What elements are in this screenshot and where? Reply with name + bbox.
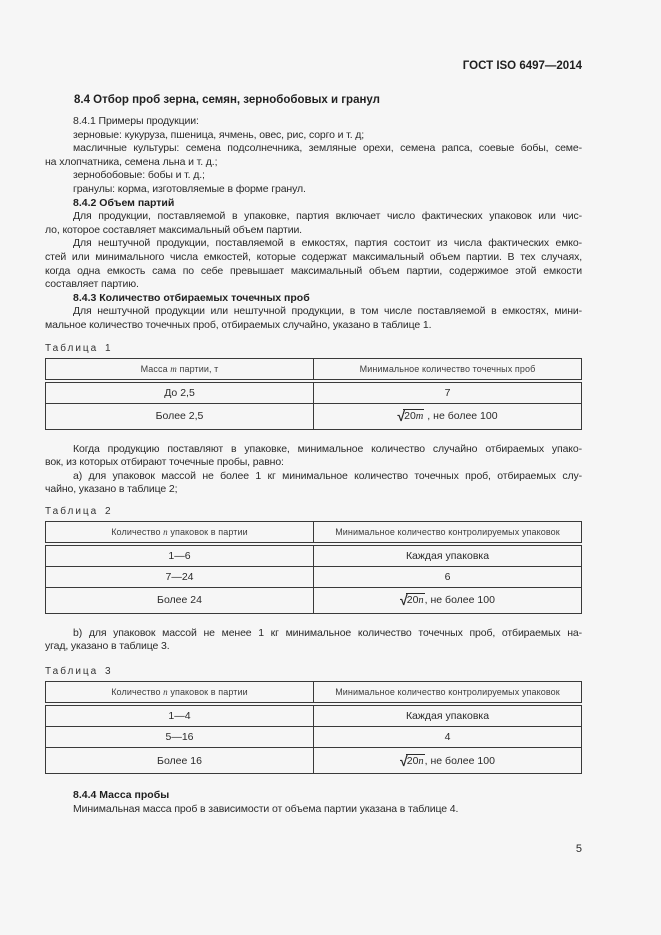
table2-r1c1: 1—6 bbox=[46, 544, 314, 567]
list-item-a-line: чайно, указано в таблице 2; bbox=[45, 483, 582, 497]
sqrt-formula: √20n, не более 100 bbox=[400, 755, 495, 767]
table2: Количество n упаковок в партии Минимальн… bbox=[45, 521, 582, 614]
paragraph-line: когда одна емкость сама по себе превышае… bbox=[45, 265, 582, 279]
table1-r2c1: Более 2,5 bbox=[46, 403, 314, 429]
table2-col2-header: Минимальное количество контролируемых уп… bbox=[314, 521, 582, 544]
table3-r2c1: 5—16 bbox=[46, 727, 314, 748]
paragraph-line: вок, из которых отбирают точечные пробы,… bbox=[45, 456, 582, 470]
table-row: 5—16 4 bbox=[46, 727, 582, 748]
paragraph-line: Для продукции, поставляемой в упаковке, … bbox=[45, 210, 582, 224]
mass-variable: m bbox=[170, 364, 177, 374]
table2-header-row: Количество n упаковок в партии Минимальн… bbox=[46, 521, 582, 544]
subsection-heading-8-4-2: 8.4.2 Объем партий bbox=[45, 197, 582, 211]
table2-r2c1: 7—24 bbox=[46, 566, 314, 587]
paragraph-line: Когда продукцию поставляют в упаковке, м… bbox=[45, 443, 582, 457]
sqrt-formula: √20m , не более 100 bbox=[397, 410, 497, 422]
table2-r1c2: Каждая упаковка bbox=[314, 544, 582, 567]
table1-col2-header: Минимальное количество точечных проб bbox=[314, 358, 582, 381]
table3-r1c2: Каждая упаковка bbox=[314, 704, 582, 727]
list-item-a-line: а) для упаковок массой не более 1 кг мин… bbox=[45, 470, 582, 484]
table3-label: Таблица 3 bbox=[45, 665, 582, 678]
table3-col2-header: Минимальное количество контролируемых уп… bbox=[314, 682, 582, 705]
table1-header-row: Масса m партии, т Минимальное количество… bbox=[46, 358, 582, 381]
table-row: Более 16 √20n, не более 100 bbox=[46, 748, 582, 774]
table1-label: Таблица 1 bbox=[45, 342, 582, 355]
table2-r2c2: 6 bbox=[314, 566, 582, 587]
table1-r2c2: √20m , не более 100 bbox=[314, 403, 582, 429]
document-header: ГОСТ ISO 6497—2014 bbox=[45, 60, 582, 73]
paragraph-line: Для нештучной продукции, поставляемой в … bbox=[45, 237, 582, 251]
document-page: ГОСТ ISO 6497—2014 8.4 Отбор проб зерна,… bbox=[45, 60, 582, 816]
between-tables-text-2: b) для упаковок массой не менее 1 кг мин… bbox=[45, 627, 582, 654]
page-number: 5 bbox=[45, 843, 582, 855]
table-row: Более 2,5 √20m , не более 100 bbox=[46, 403, 582, 429]
table2-r3c2: √20n, не более 100 bbox=[314, 587, 582, 613]
table1-r1c2: 7 bbox=[314, 381, 582, 404]
table-row: 1—4 Каждая упаковка bbox=[46, 704, 582, 727]
list-item-b-line: угад, указано в таблице 3. bbox=[45, 640, 582, 654]
table-row: 7—24 6 bbox=[46, 566, 582, 587]
table2-label: Таблица 2 bbox=[45, 505, 582, 518]
table2-r3c1: Более 24 bbox=[46, 587, 314, 613]
table3-header-row: Количество n упаковок в партии Минимальн… bbox=[46, 682, 582, 705]
section-8-4-1-body: 8.4.1 Примеры продукции: зерновые: кукур… bbox=[45, 115, 582, 333]
table3: Количество n упаковок в партии Минимальн… bbox=[45, 681, 582, 774]
paragraph-line: ло, которое составляет максимальный объе… bbox=[45, 224, 582, 238]
paragraph-line: на хлопчатника, семена льна и т. д.; bbox=[45, 156, 582, 170]
table3-r3c2: √20n, не более 100 bbox=[314, 748, 582, 774]
table1: Масса m партии, т Минимальное количество… bbox=[45, 358, 582, 430]
table-row: Более 24 √20n, не более 100 bbox=[46, 587, 582, 613]
paragraph-line: гранулы: корма, изготовляемые в форме гр… bbox=[45, 183, 582, 197]
paragraph-line: стей или минимального числа емкостей, ко… bbox=[45, 251, 582, 265]
table1-col1-header: Масса m партии, т bbox=[46, 358, 314, 381]
table2-col1-header: Количество n упаковок в партии bbox=[46, 521, 314, 544]
paragraph-line: Минимальная масса проб в зависимости от … bbox=[45, 803, 582, 817]
paragraph-line: мальное количество точечных проб, отбира… bbox=[45, 319, 582, 333]
subsection-heading-8-4-1: 8.4.1 Примеры продукции: bbox=[45, 115, 582, 129]
table-row: До 2,5 7 bbox=[46, 381, 582, 404]
table-row: 1—6 Каждая упаковка bbox=[46, 544, 582, 567]
paragraph-line: масличные культуры: семена подсолнечника… bbox=[45, 142, 582, 156]
paragraph-line: Для нештучной продукции или нештучной пр… bbox=[45, 305, 582, 319]
sqrt-formula: √20n, не более 100 bbox=[400, 594, 495, 606]
table3-r2c2: 4 bbox=[314, 727, 582, 748]
subsection-heading-8-4-4: 8.4.4 Масса пробы bbox=[45, 789, 582, 803]
table3-col1-header: Количество n упаковок в партии bbox=[46, 682, 314, 705]
table1-r1c1: До 2,5 bbox=[46, 381, 314, 404]
paragraph-line: зерновые: кукуруза, пшеница, ячмень, ове… bbox=[45, 129, 582, 143]
paragraph-line: составляет партию. bbox=[45, 278, 582, 292]
table3-r3c1: Более 16 bbox=[46, 748, 314, 774]
paragraph-line: зернобобовые: бобы и т. д.; bbox=[45, 169, 582, 183]
section-heading-8-4: 8.4 Отбор проб зерна, семян, зернобобовы… bbox=[45, 93, 582, 107]
subsection-heading-8-4-3: 8.4.3 Количество отбираемых точечных про… bbox=[45, 292, 582, 306]
section-8-4-4-body: 8.4.4 Масса пробы Минимальная масса проб… bbox=[45, 789, 582, 816]
list-item-b-line: b) для упаковок массой не менее 1 кг мин… bbox=[45, 627, 582, 641]
table3-r1c1: 1—4 bbox=[46, 704, 314, 727]
between-tables-text: Когда продукцию поставляют в упаковке, м… bbox=[45, 443, 582, 497]
